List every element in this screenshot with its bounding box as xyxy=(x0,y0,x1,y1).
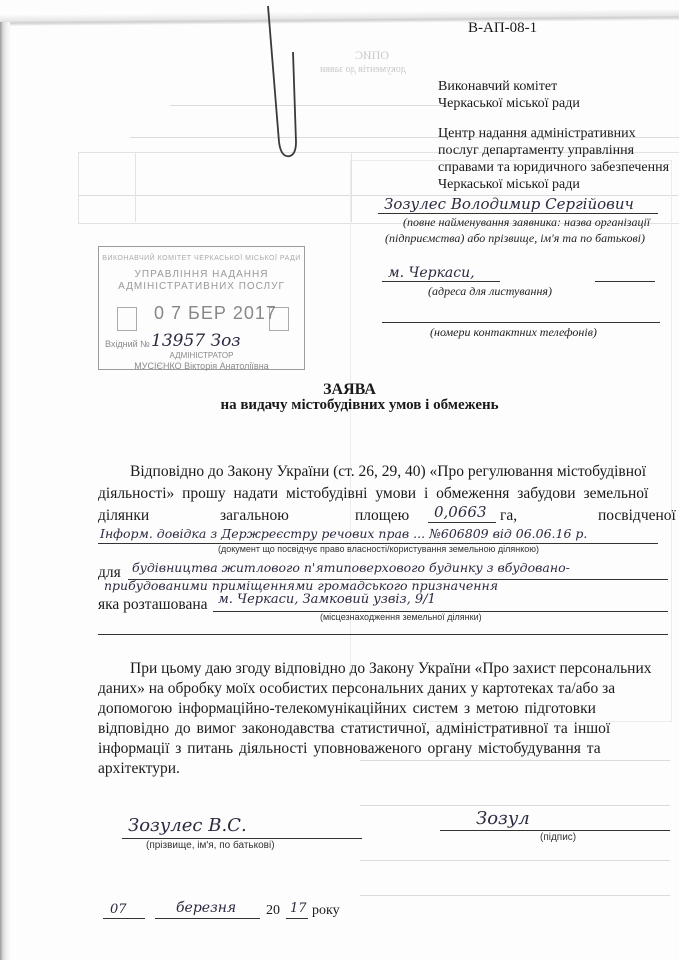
purpose-handwritten-2: прибудованими приміщеннями громадського … xyxy=(104,578,498,593)
coat-of-arms-icon xyxy=(117,307,137,331)
consent-paragraph: При цьому даю згоду відповідно до Закону… xyxy=(98,659,679,779)
addressee-line: Черкаської міської ради xyxy=(438,176,669,193)
stamp-number-label: Вхідний № xyxy=(105,339,150,349)
document-handwritten: Інформ. довідка з Держреєстру речових пр… xyxy=(100,526,587,541)
location-label: яка розташована xyxy=(98,596,208,614)
bleedthrough-line xyxy=(360,860,670,861)
stamp-role: АДМІНІСТРАТОР xyxy=(99,351,304,360)
scanned-application-page: ОПИС документів до заяви В-АП-08-1 Викон… xyxy=(0,0,679,960)
paperclip-icon xyxy=(252,2,298,160)
signature-line xyxy=(440,830,670,831)
date-year-line xyxy=(286,918,308,919)
stamp-org-line: АДМІНІСТРАТИВНИХ ПОСЛУГ xyxy=(99,281,304,293)
document-subtitle: на видачу містобудівних умов і обмежень xyxy=(20,397,679,414)
consent-line: допомогою інформаційно-телекомунікаційни… xyxy=(98,699,679,719)
date-month-line xyxy=(155,918,260,919)
purpose-handwritten-1: будівництва житлового п'ятиповерхового б… xyxy=(132,560,570,575)
applicant-name-line xyxy=(378,213,658,214)
stamp-admin-name: МУСІЄНКО Вікторія Анатоліївна xyxy=(99,361,304,371)
consent-line: При цьому даю згоду відповідно до Закону… xyxy=(98,659,679,679)
address-caption: (адреса для листування) xyxy=(428,284,552,299)
blank-line xyxy=(98,634,668,635)
body-line-2: діяльності» прошу надати містобудівні ум… xyxy=(98,485,648,503)
address-handwritten: м. Черкаси, xyxy=(388,265,475,281)
form-code: В-АП-08-1 xyxy=(468,20,537,37)
signature-handwritten: Зозул xyxy=(476,808,530,829)
addressee-committee: Виконавчий комітет Черкаської міської ра… xyxy=(438,78,580,112)
addressee-line: Центр надання адміністративних xyxy=(438,125,669,142)
addressee-line: Виконавчий комітет xyxy=(438,78,580,95)
page-left-edge xyxy=(0,22,10,960)
addressee-center: Центр надання адміністративних послуг де… xyxy=(438,125,669,193)
body-area-label: площею xyxy=(355,507,409,525)
registration-stamp: ВИКОНАВЧИЙ КОМІТЕТ ЧЕРКАСЬКОЇ МІСЬКОЇ РА… xyxy=(98,246,305,370)
signature-caption: (підпис) xyxy=(540,832,576,843)
addressee-line: справами та юридичного забезпечення xyxy=(438,159,669,176)
date-month-handwritten: березня xyxy=(176,900,236,916)
date-day-handwritten: 07 xyxy=(110,902,127,917)
date-year-handwritten: 17 xyxy=(290,901,307,916)
bleedthrough-text: ОПИС xyxy=(355,48,389,63)
bleedthrough-table xyxy=(135,152,352,222)
body-total-label: загальною xyxy=(220,507,289,525)
addressee-line: послуг департаменту управління xyxy=(438,142,669,159)
area-line xyxy=(428,522,496,523)
address-line xyxy=(382,281,500,282)
body-line-1: Відповідно до Закону України (ст. 26, 29… xyxy=(130,463,646,481)
area-handwritten: 0,0663 xyxy=(434,503,487,521)
page-top-edge xyxy=(0,8,679,26)
document-caption: (документ що посвідчує право власності/к… xyxy=(218,544,539,554)
stamp-date: 0 7 БЕР 2017 xyxy=(154,303,277,324)
applicant-name-handwritten: Зозулес Володимир Сергійович xyxy=(384,195,634,213)
bleedthrough-line xyxy=(170,105,450,106)
phone-caption: (номери контактних телефонів) xyxy=(430,325,597,340)
address-line xyxy=(595,281,655,282)
bleedthrough-text: документів до заяви xyxy=(320,64,406,75)
stamp-org-line: УПРАВЛІННЯ НАДАННЯ xyxy=(99,269,304,281)
applicant-name-caption-2: (підприємства) або прізвище, ім'я та по … xyxy=(385,231,645,246)
signer-name-handwritten: Зозулес В.С. xyxy=(128,815,247,836)
addressee-line: Черкаської міської ради xyxy=(438,95,580,112)
location-caption: (місцезнаходження земельної ділянки) xyxy=(320,612,482,622)
stamp-organization: УПРАВЛІННЯ НАДАННЯ АДМІНІСТРАТИВНИХ ПОСЛ… xyxy=(99,269,304,293)
body-certified-label: посвідченої xyxy=(598,507,676,525)
phone-line xyxy=(382,322,660,323)
stamp-number-handwritten: 13957 Зоз xyxy=(151,331,241,351)
date-day-line xyxy=(103,918,145,919)
area-unit: га, xyxy=(500,507,517,525)
body-plot-label: ділянки xyxy=(98,507,149,525)
signer-name-caption: (прізвище, ім'я, по батькові) xyxy=(146,840,275,851)
consent-line: інформації з питань діяльності уповноваж… xyxy=(98,739,679,759)
applicant-name-caption-1: (повне найменування заявника: назва орга… xyxy=(403,215,650,230)
stamp-header: ВИКОНАВЧИЙ КОМІТЕТ ЧЕРКАСЬКОЇ МІСЬКОЇ РА… xyxy=(99,255,304,262)
consent-line: архітектури. xyxy=(98,759,679,779)
location-handwritten: м. Черкаси, Замковий узвіз, 9/1 xyxy=(218,592,436,607)
signer-name-line xyxy=(122,838,362,839)
date-year-suffix: року xyxy=(312,903,340,919)
consent-line: даних» на обробку моїх особистих персона… xyxy=(98,679,679,699)
bleedthrough-line xyxy=(360,895,670,896)
consent-line: відповідно до вимог законодавства статис… xyxy=(98,719,679,739)
date-year-prefix: 20 xyxy=(266,903,280,919)
bleedthrough-line xyxy=(360,805,670,806)
